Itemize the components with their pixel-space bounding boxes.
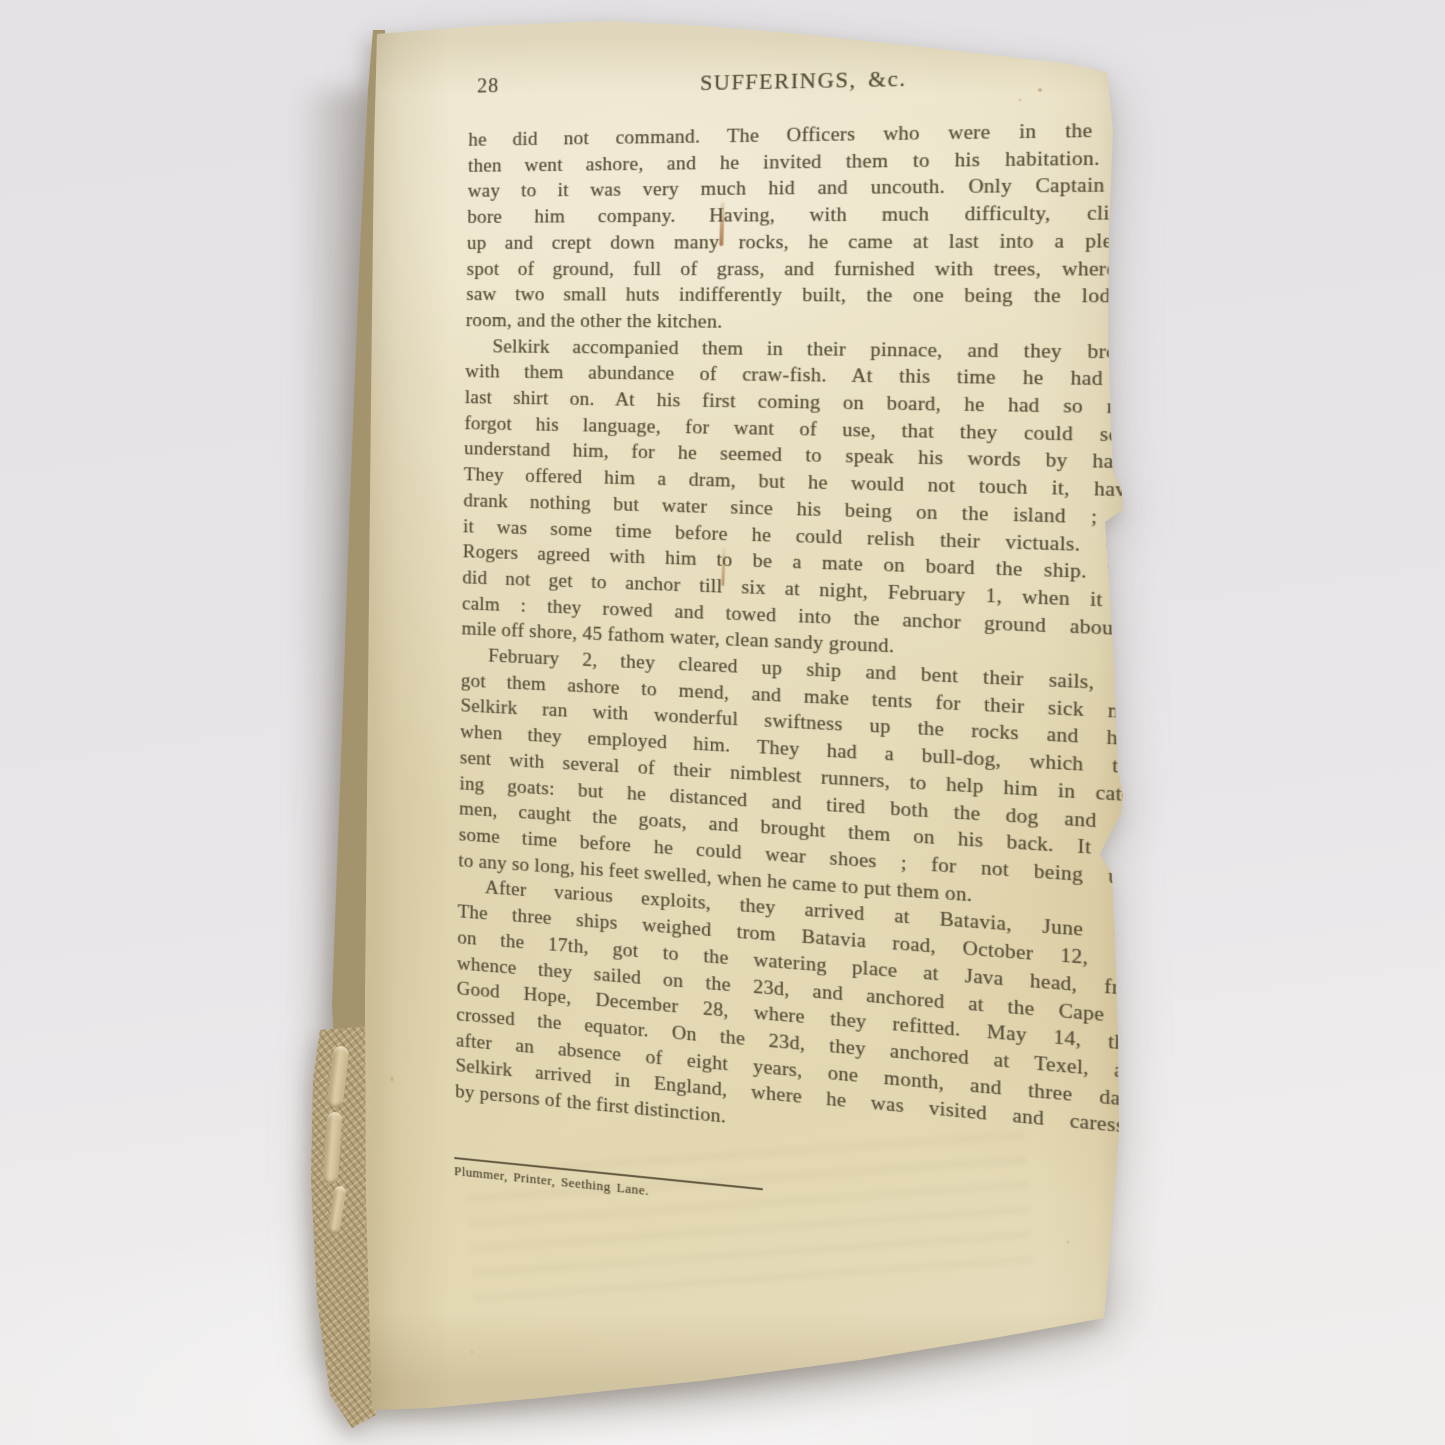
paragraph: February 2, they cleared up ship and ben… <box>458 642 1152 921</box>
printer-colophon-block: Plummer, Printer, Seething Lane. <box>454 1157 763 1211</box>
page-number: 28 <box>477 75 499 99</box>
stitch-thread <box>323 1112 343 1185</box>
text-line: spot of ground, full of grass, and furni… <box>466 256 1158 284</box>
book-page: 28 SUFFERINGS, &c. he did not command. T… <box>0 0 1445 1445</box>
text-line: bore him company. Having, with much diff… <box>467 200 1160 231</box>
printed-text-block: 28 SUFFERINGS, &c. he did not command. T… <box>442 45 1169 1427</box>
paragraph: he did not command. The Officers who wer… <box>466 117 1161 339</box>
stitch-thread <box>327 1185 346 1234</box>
running-title: SUFFERINGS, &c. <box>469 60 1162 100</box>
text-line: up and crept down many rocks, he came at… <box>467 228 1159 257</box>
printer-colophon: Plummer, Printer, Seething Lane. <box>454 1163 763 1211</box>
text-line: saw two small huts indifferently built, … <box>466 282 1158 311</box>
paragraph: After various exploits, they arrived at … <box>455 874 1149 1171</box>
page-header: 28 SUFFERINGS, &c. <box>469 60 1162 101</box>
paragraph: Selkirk accompanied them in their pinnac… <box>461 334 1157 672</box>
stitch-thread <box>326 1045 349 1108</box>
pamphlet: 28 SUFFERINGS, &c. he did not command. T… <box>0 0 1445 1445</box>
photo-scene: 28 SUFFERINGS, &c. he did not command. T… <box>0 0 1445 1445</box>
